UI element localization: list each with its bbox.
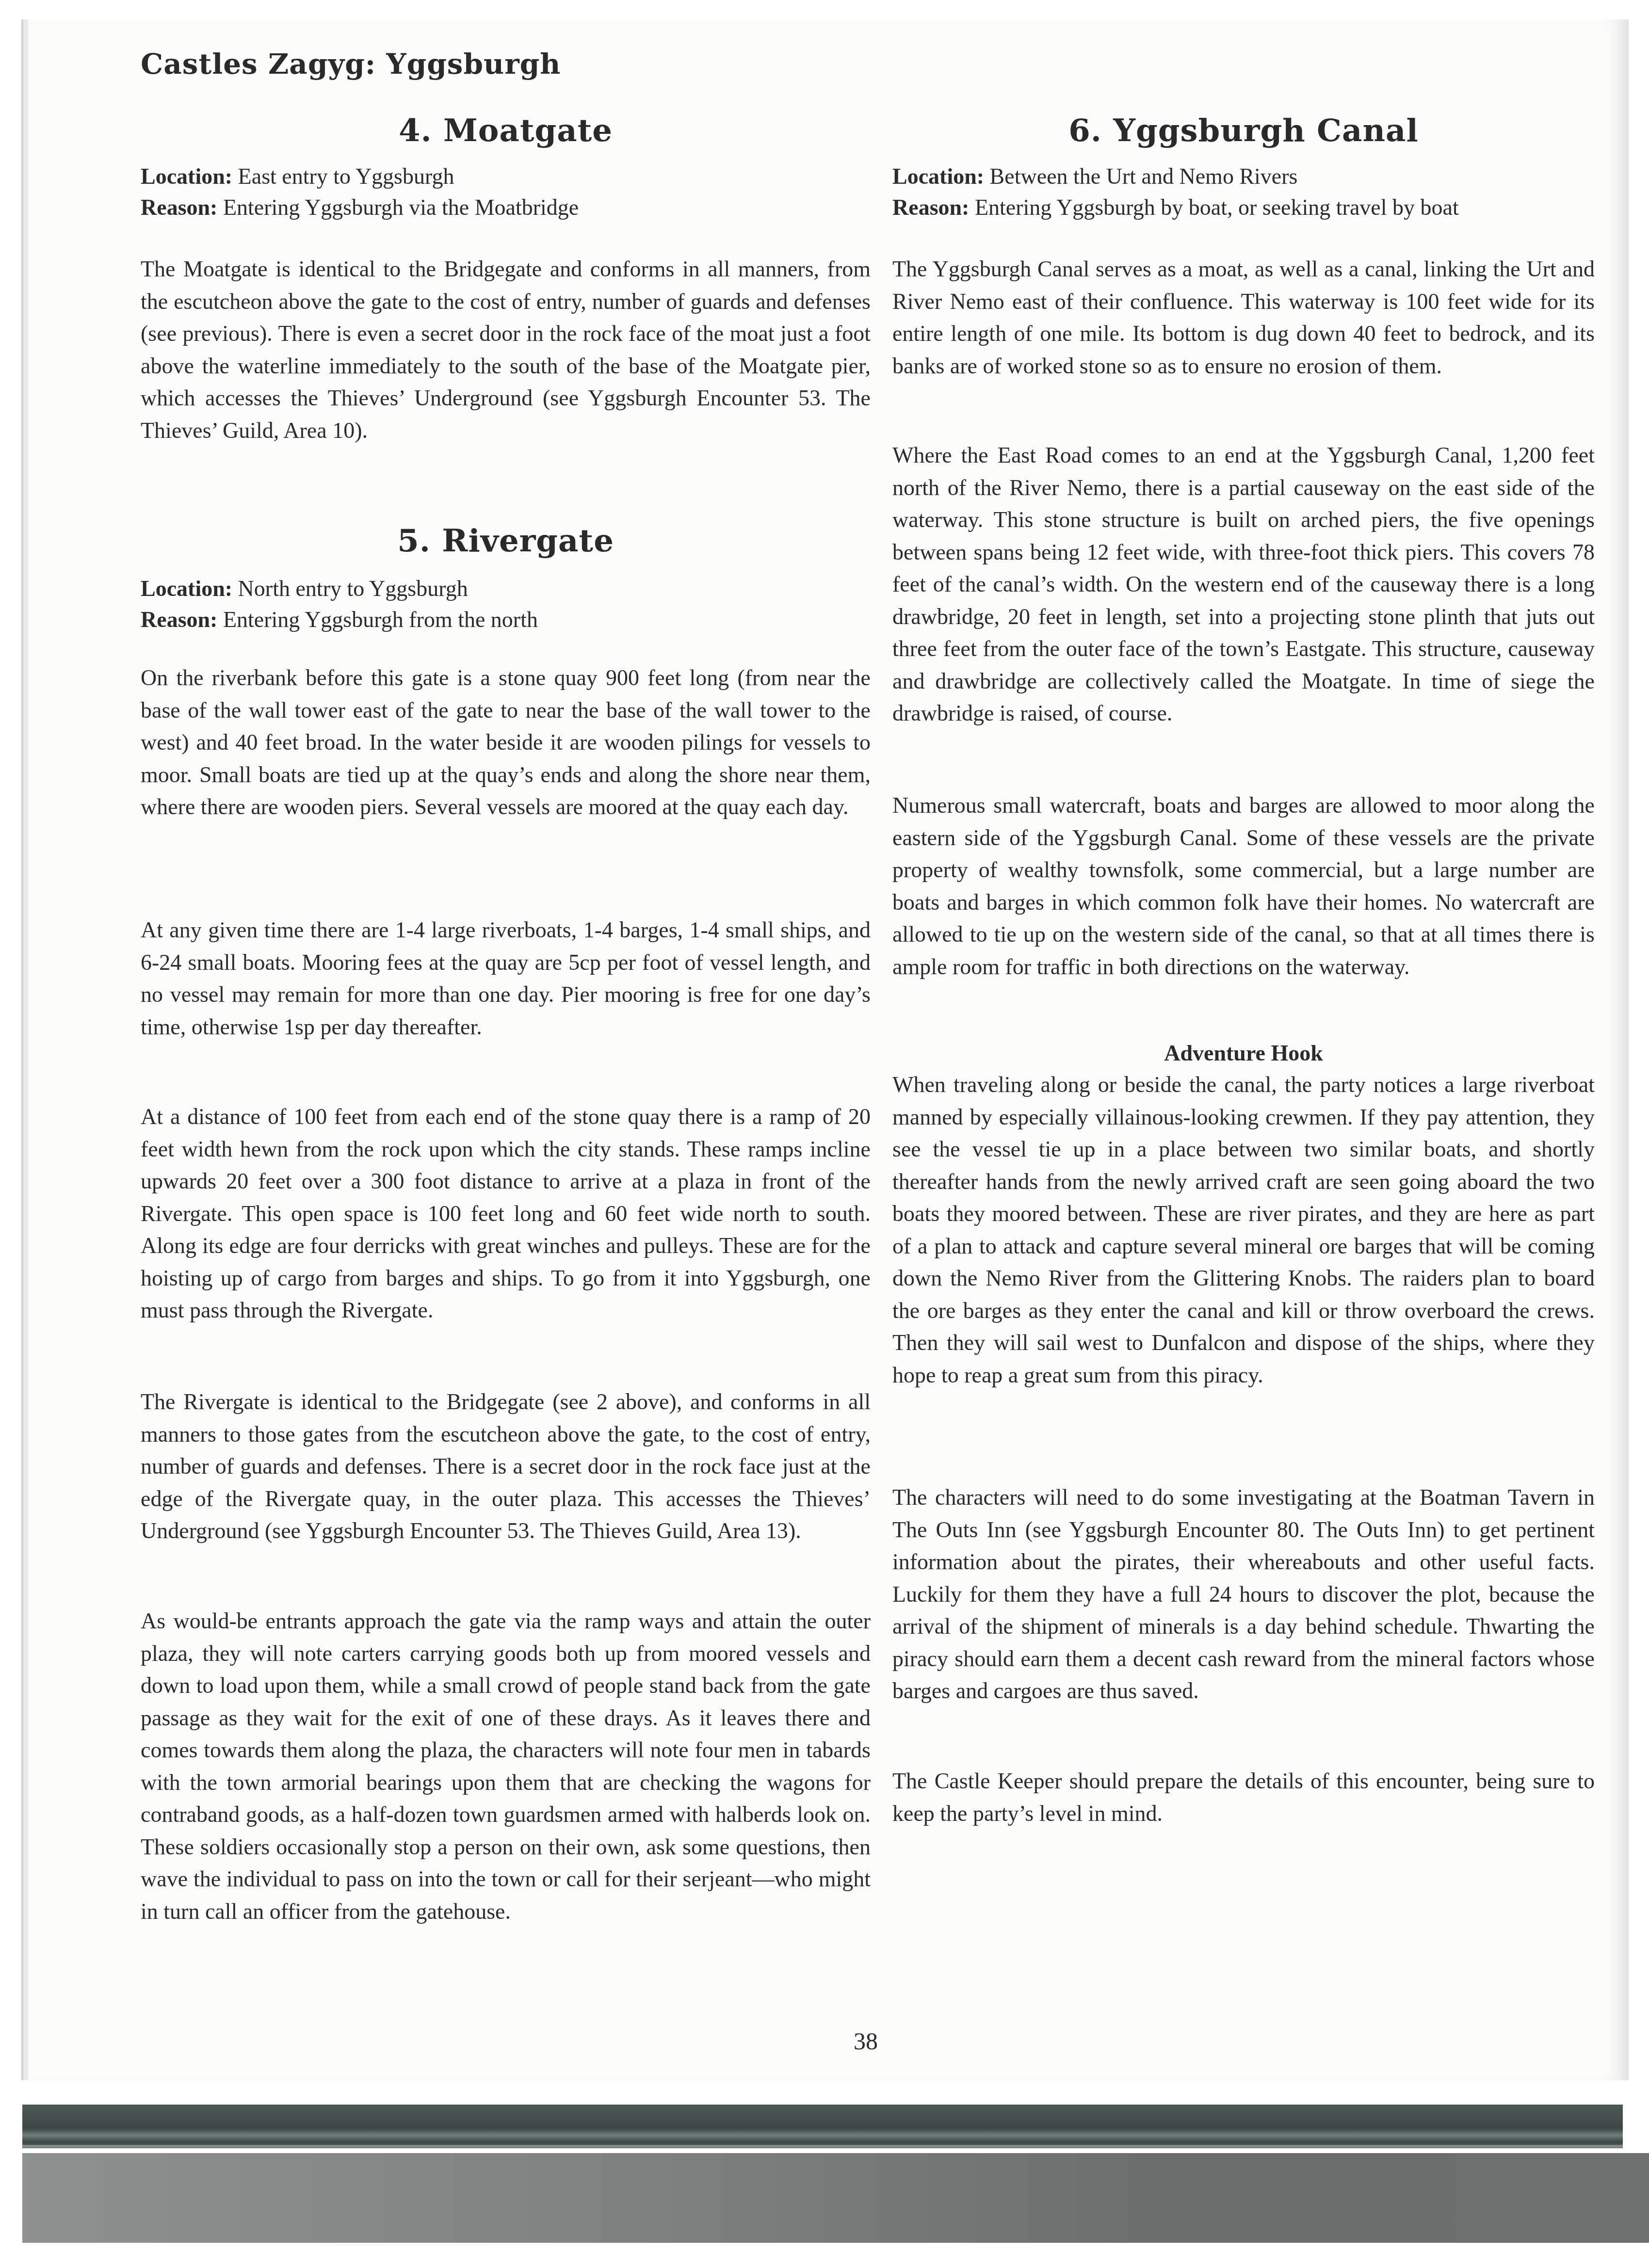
paragraph: The Yggsburgh Canal serves as a moat, as… <box>892 253 1595 382</box>
section-title-rivergate: 5. Rivergate <box>141 523 871 559</box>
reason-label: Reason: <box>141 195 217 220</box>
paragraph: At a distance of 100 feet from each end … <box>141 1101 871 1327</box>
section-title-moatgate: 4. Moatgate <box>141 113 871 149</box>
running-head: Castles Zagyg: Yggsburgh <box>141 48 561 80</box>
location-label: Location: <box>892 164 984 189</box>
paragraph: Numerous small watercraft, boats and bar… <box>892 789 1595 983</box>
reason-value: Entering Yggsburgh from the north <box>223 607 538 632</box>
paragraph: At any given time there are 1-4 large ri… <box>141 914 871 1043</box>
section-title-canal: 6. Yggsburgh Canal <box>892 113 1595 149</box>
paragraph: On the riverbank before this gate is a s… <box>141 662 871 823</box>
page-number: 38 <box>854 2027 878 2055</box>
location-line: Location: Between the Urt and Nemo River… <box>892 161 1595 192</box>
reason-line: Reason: Entering Yggsburgh by boat, or s… <box>892 192 1595 223</box>
reason-value: Entering Yggsburgh by boat, or seeking t… <box>975 195 1459 220</box>
paragraph: The Rivergate is identical to the Bridge… <box>141 1386 871 1547</box>
canal-meta: Location: Between the Urt and Nemo River… <box>892 161 1595 223</box>
paragraph: When traveling along or beside the canal… <box>892 1069 1595 1391</box>
scanner-edge-highlight <box>22 2145 1623 2148</box>
scanner-bed-background <box>22 2153 1649 2243</box>
location-line: Location: North entry to Yggsburgh <box>141 573 871 604</box>
scanner-edge-strip <box>22 2105 1623 2148</box>
rivergate-meta: Location: North entry to Yggsburgh Reaso… <box>141 573 871 635</box>
location-value: North entry to Yggsburgh <box>238 576 468 601</box>
paragraph: The characters will need to do some inve… <box>892 1481 1595 1707</box>
adventure-hook-heading: Adventure Hook <box>892 1038 1595 1069</box>
reason-line: Reason: Entering Yggsburgh via the Moatb… <box>141 192 871 223</box>
location-label: Location: <box>141 576 232 601</box>
paragraph: Where the East Road comes to an end at t… <box>892 439 1595 730</box>
paragraph: The Moatgate is identical to the Bridgeg… <box>141 253 871 447</box>
paragraph: The Castle Keeper should prepare the det… <box>892 1765 1595 1830</box>
paragraph: As would-be entrants approach the gate v… <box>141 1605 871 1928</box>
location-value: Between the Urt and Nemo Rivers <box>990 164 1298 189</box>
reason-label: Reason: <box>141 607 217 632</box>
reason-label: Reason: <box>892 195 969 220</box>
location-label: Location: <box>141 164 232 189</box>
reason-value: Entering Yggsburgh via the Moatbridge <box>223 195 579 220</box>
moatgate-meta: Location: East entry to Yggsburgh Reason… <box>141 161 871 223</box>
location-value: East entry to Yggsburgh <box>238 164 454 189</box>
reason-line: Reason: Entering Yggsburgh from the nort… <box>141 604 871 635</box>
location-line: Location: East entry to Yggsburgh <box>141 161 871 192</box>
